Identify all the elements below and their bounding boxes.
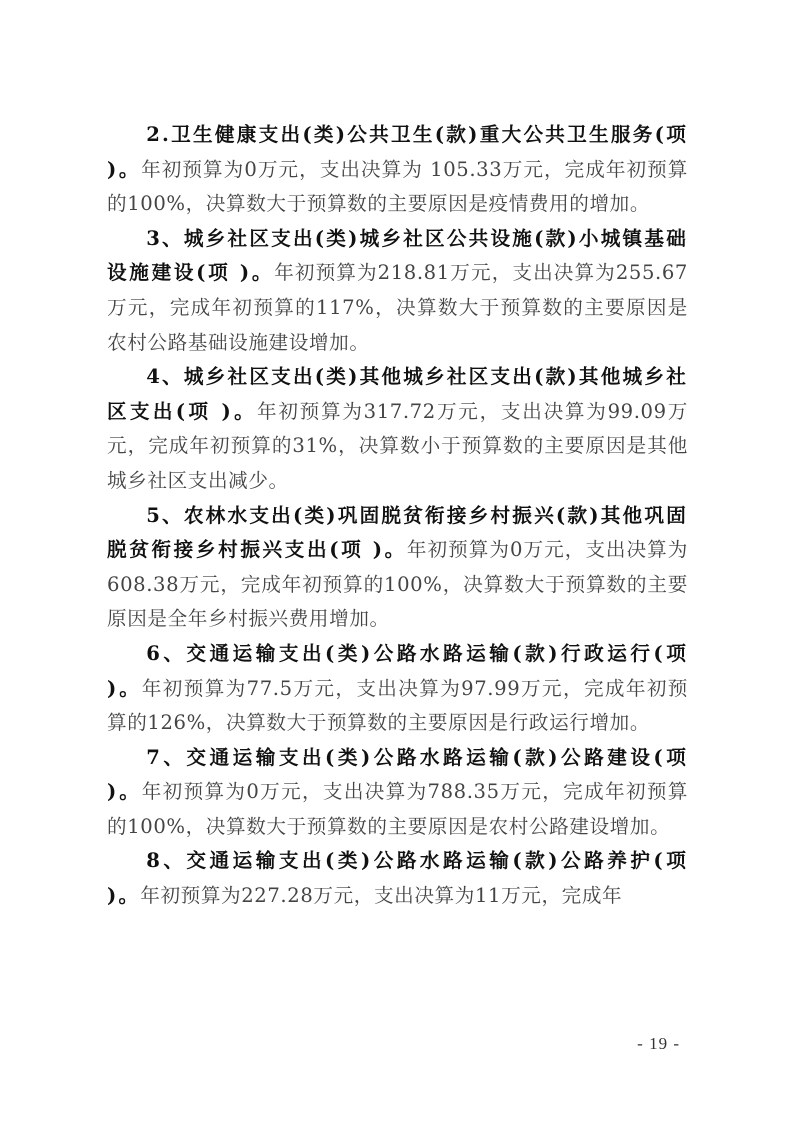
paragraph-item-4: 4、城乡社区支出(类)其他城乡社区支出(款)其他城乡社区支出(项 )。年初预算为…: [107, 360, 688, 498]
document-page: 2.卫生健康支出(类)公共卫生(款)重大公共卫生服务(项 )。年初预算为0万元，…: [107, 118, 688, 914]
paragraph-item-6: 6、交通运输支出(类)公路水路运输(款)行政运行(项 )。年初预算为77.5万元…: [107, 637, 688, 741]
paragraph-item-8: 8、交通运输支出(类)公路水路运输(款)公路养护(项 )。年初预算为227.28…: [107, 844, 688, 913]
paragraph-item-2: 2.卫生健康支出(类)公共卫生(款)重大公共卫生服务(项 )。年初预算为0万元，…: [107, 118, 688, 222]
paragraph-body: 年初预算为0万元，支出决算为788.35万元，完成年初预算的100%，决算数大于…: [107, 780, 688, 838]
paragraph-body: 年初预算为77.5万元，支出决算为97.99万元，完成年初预算的126%，决算数…: [107, 677, 688, 735]
paragraph-item-5: 5、农林水支出(类)巩固脱贫衔接乡村振兴(款)其他巩固脱贫衔接乡村振兴支出(项 …: [107, 499, 688, 637]
paragraph-body: 年初预算为227.28万元，支出决算为11万元，完成年: [140, 884, 622, 907]
paragraph-body: 年初预算为0万元，支出决算为 105.33万元，完成年初预算的100%，决算数大…: [107, 158, 688, 216]
page-number: - 19 -: [637, 1034, 680, 1054]
paragraph-item-3: 3、城乡社区支出(类)城乡社区公共设施(款)小城镇基础设施建设(项 )。年初预算…: [107, 222, 688, 360]
paragraph-item-7: 7、交通运输支出(类)公路水路运输(款)公路建设(项 )。年初预算为0万元，支出…: [107, 741, 688, 845]
